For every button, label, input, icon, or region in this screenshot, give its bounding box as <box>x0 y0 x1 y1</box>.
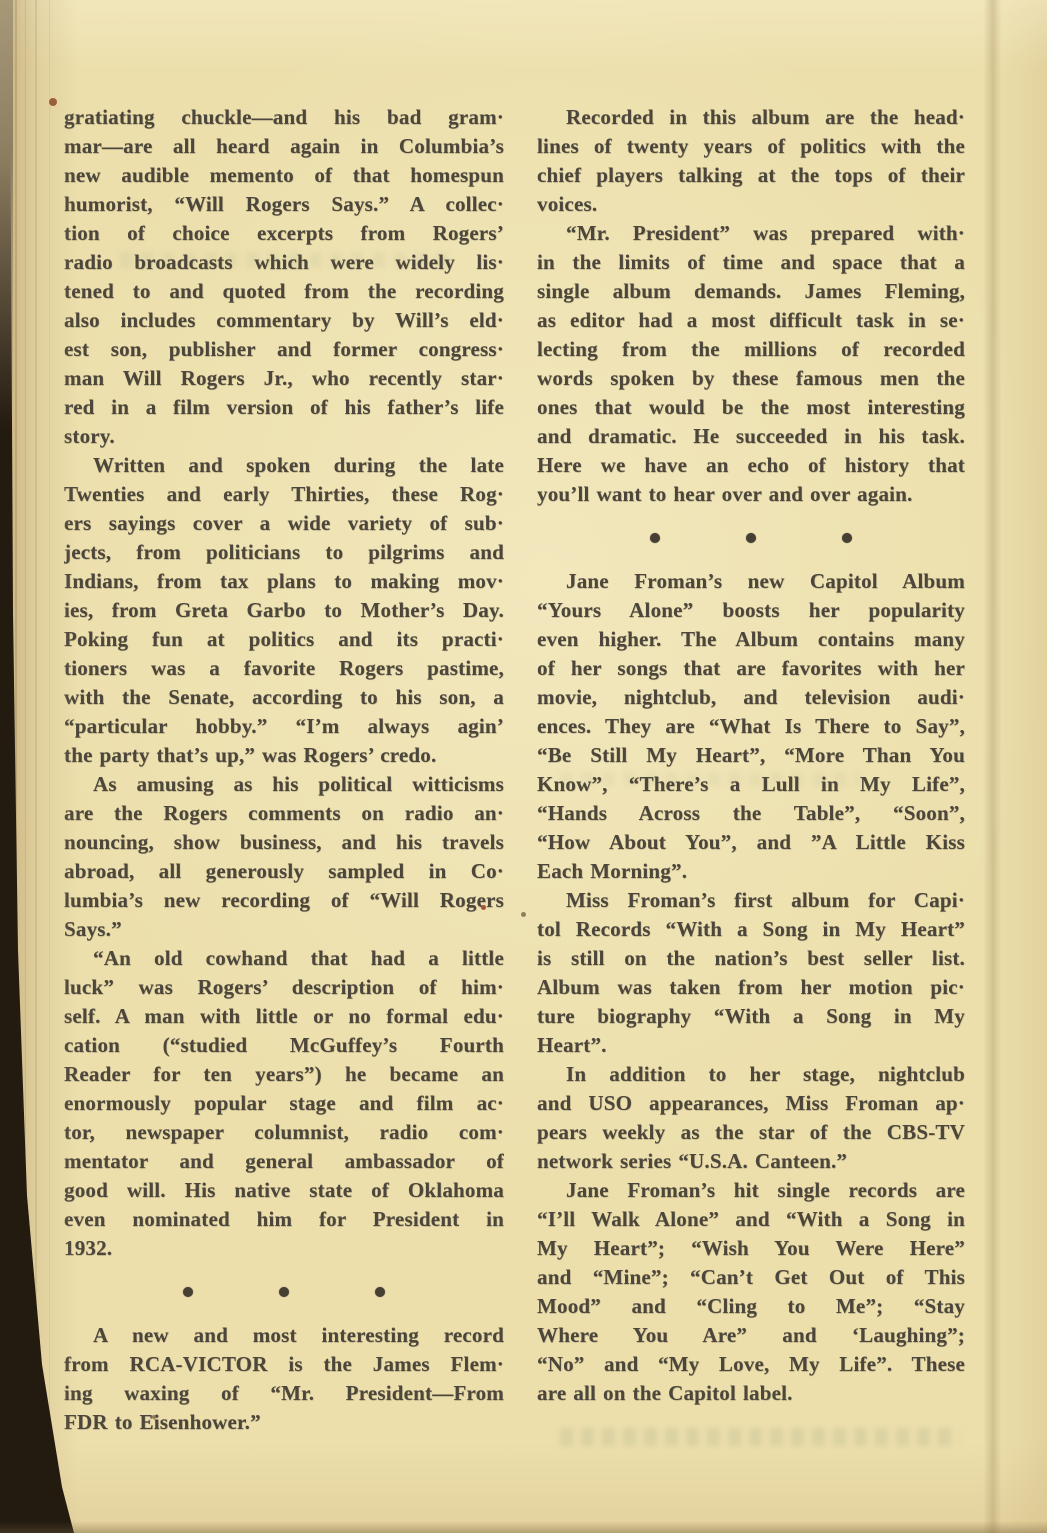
paragraph: Miss Froman’s first album for Capi·tol R… <box>537 886 965 1060</box>
separator-dot <box>746 533 756 543</box>
separator-dot <box>842 533 852 543</box>
section-separator <box>64 1263 504 1321</box>
text-line: chief players talking at the tops of the… <box>537 161 965 190</box>
text-line: Where You Are” and ‘Laughing”; <box>537 1321 965 1350</box>
text-line: “How About You”, and ”A Little Kiss <box>537 828 965 857</box>
text-line: humorist, “Will Rogers Says.” A collec· <box>64 190 504 219</box>
paragraph: “Mr. President” was prepared with·in the… <box>537 219 965 509</box>
text-line: ers sayings cover a wide variety of sub· <box>64 509 504 538</box>
text-line: tened to and quoted from the recording <box>64 277 504 306</box>
paragraph: In addition to her stage, nightcluband U… <box>537 1060 965 1176</box>
text-line: and USO appearances, Miss Froman ap· <box>537 1089 965 1118</box>
paper-speck <box>49 98 57 106</box>
text-line: “An old cowhand that had a little <box>64 944 504 973</box>
text-line: lines of twenty years of politics with t… <box>537 132 965 161</box>
text-line: are all on the Capitol label. <box>537 1379 965 1408</box>
paragraph: Jane Froman’s new Capitol Album“Yours Al… <box>537 567 965 886</box>
text-line: man Will Rogers Jr., who recently star· <box>64 364 504 393</box>
text-line: enormously popular stage and film ac· <box>64 1089 504 1118</box>
bleed-through-smudge <box>560 1428 960 1446</box>
text-line: Reader for ten years”) he became an <box>64 1060 504 1089</box>
text-line: cation (“studied McGuffey’s Fourth <box>64 1031 504 1060</box>
text-line: Jane Froman’s hit single records are <box>537 1176 965 1205</box>
text-line: from RCA-VICTOR is the James Flem· <box>64 1350 504 1379</box>
paper-speck <box>481 905 486 910</box>
text-line: of her songs that are favorites with her <box>537 654 965 683</box>
paragraph: As amusing as his political witticismsar… <box>64 770 504 944</box>
section-separator <box>537 509 965 567</box>
text-line: abroad, all generously sampled in Co· <box>64 857 504 886</box>
text-line: radio broadcasts which were widely lis· <box>64 248 504 277</box>
text-line: lumbia’s new recording of “Will Rogers <box>64 886 504 915</box>
text-line: ture biography “With a Song in My <box>537 1002 965 1031</box>
text-line: good will. His native state of Oklahoma <box>64 1176 504 1205</box>
text-line: also includes commentary by Will’s eld· <box>64 306 504 335</box>
bottom-edge-shadow <box>0 1521 1047 1533</box>
text-line: words spoken by these famous men the <box>537 364 965 393</box>
text-line: Album was taken from her motion pic· <box>537 973 965 1002</box>
text-line: Recorded in this album are the head· <box>537 103 965 132</box>
text-line: Twenties and early Thirties, these Rog· <box>64 480 504 509</box>
paragraph: “An old cowhand that had a littleluck” w… <box>64 944 504 1263</box>
text-line: and dramatic. He succeeded in his task. <box>537 422 965 451</box>
text-line: you’ll want to hear over and over again. <box>537 480 965 509</box>
text-line: tor, newspaper columnist, radio com· <box>64 1118 504 1147</box>
text-line: “Yours Alone” boosts her popularity <box>537 596 965 625</box>
text-line: lecting from the millions of recorded <box>537 335 965 364</box>
text-line: the party that’s up,” was Rogers’ credo. <box>64 741 504 770</box>
separator-dot <box>183 1287 193 1297</box>
text-line: FDR to Eisenhower.” <box>64 1408 504 1437</box>
text-line: “No” and “My Love, My Life”. These <box>537 1350 965 1379</box>
text-line: ing waxing of “Mr. President—From <box>64 1379 504 1408</box>
text-line: Written and spoken during the late <box>64 451 504 480</box>
text-line: luck” was Rogers’ description of him· <box>64 973 504 1002</box>
text-line: is still on the nation’s best seller lis… <box>537 944 965 973</box>
text-line: mar—are all heard again in Columbia’s <box>64 132 504 161</box>
text-line: In addition to her stage, nightclub <box>537 1060 965 1089</box>
text-line: “Be Still My Heart”, “More Than You <box>537 741 965 770</box>
paragraph: Recorded in this album are the head·line… <box>537 103 965 219</box>
paragraph: Jane Froman’s hit single records are“I’l… <box>537 1176 965 1408</box>
paper-speck <box>521 912 526 917</box>
text-line: Mood” and “Cling to Me”; “Stay <box>537 1292 965 1321</box>
text-line: red in a film version of his father’s li… <box>64 393 504 422</box>
text-line: self. A man with little or no formal edu… <box>64 1002 504 1031</box>
text-line: with the Senate, according to his son, a <box>64 683 504 712</box>
text-line: pears weekly as the star of the CBS-TV <box>537 1118 965 1147</box>
text-line: Know”, “There’s a Lull in My Life”, <box>537 770 965 799</box>
left-text-column: gratiating chuckle—and his bad gram·mar—… <box>64 103 504 1437</box>
text-line: network series “U.S.A. Canteen.” <box>537 1147 965 1176</box>
separator-dot <box>375 1287 385 1297</box>
text-line: “Mr. President” was prepared with· <box>537 219 965 248</box>
text-line: voices. <box>537 190 965 219</box>
text-line: Says.” <box>64 915 504 944</box>
text-line: tion of choice excerpts from Rogers’ <box>64 219 504 248</box>
text-line: nouncing, show business, and his travels <box>64 828 504 857</box>
text-line: Poking fun at politics and its practi· <box>64 625 504 654</box>
text-line: 1932. <box>64 1234 504 1263</box>
text-line: movie, nightclub, and television audi· <box>537 683 965 712</box>
text-line: Here we have an echo of history that <box>537 451 965 480</box>
text-line: “particular hobby.” “I’m always agin’ <box>64 712 504 741</box>
text-line: Indians, from tax plans to making mov· <box>64 567 504 596</box>
text-line: and “Mine”; “Can’t Get Out of This <box>537 1263 965 1292</box>
paper-speck <box>152 1415 156 1419</box>
text-line: My Heart”; “Wish You Were Here” <box>537 1234 965 1263</box>
text-line: tol Records “With a Song in My Heart” <box>537 915 965 944</box>
page-edge-top <box>0 0 13 430</box>
right-text-column: Recorded in this album are the head·line… <box>537 103 965 1408</box>
paragraph: Written and spoken during the lateTwenti… <box>64 451 504 770</box>
text-line: even nominated him for President in <box>64 1205 504 1234</box>
separator-dot <box>650 533 660 543</box>
text-line: As amusing as his political witticisms <box>64 770 504 799</box>
text-line: “Hands Across the Table”, “Soon”, <box>537 799 965 828</box>
text-line: tioners was a favorite Rogers pastime, <box>64 654 504 683</box>
text-line: “I’ll Walk Alone” and “With a Song in <box>537 1205 965 1234</box>
text-line: ences. They are “What Is There to Say”, <box>537 712 965 741</box>
text-line: in the limits of time and space that a <box>537 248 965 277</box>
paragraph: gratiating chuckle—and his bad gram·mar—… <box>64 103 504 451</box>
text-line: as editor had a most difficult task in s… <box>537 306 965 335</box>
text-line: Jane Froman’s new Capitol Album <box>537 567 965 596</box>
text-line: are the Rogers comments on radio an· <box>64 799 504 828</box>
text-line: Miss Froman’s first album for Capi· <box>537 886 965 915</box>
text-line: est son, publisher and former congress· <box>64 335 504 364</box>
text-line: even higher. The Album contains many <box>537 625 965 654</box>
text-line: ones that would be the most interesting <box>537 393 965 422</box>
text-line: Heart”. <box>537 1031 965 1060</box>
text-line: A new and most interesting record <box>64 1321 504 1350</box>
text-line: Each Morning”. <box>537 857 965 886</box>
text-line: new audible memento of that homespun <box>64 161 504 190</box>
text-line: single album demands. James Fleming, <box>537 277 965 306</box>
paragraph: A new and most interesting recordfrom RC… <box>64 1321 504 1437</box>
text-line: jects, from politicians to pilgrims and <box>64 538 504 567</box>
text-line: story. <box>64 422 504 451</box>
separator-dot <box>279 1287 289 1297</box>
magazine-page-scan: gratiating chuckle—and his bad gram·mar—… <box>0 0 1047 1533</box>
text-line: ies, from Greta Garbo to Mother’s Day. <box>64 596 504 625</box>
text-line: gratiating chuckle—and his bad gram· <box>64 103 504 132</box>
right-fold-crease <box>983 0 1005 1533</box>
text-line: mentator and general ambassador of <box>64 1147 504 1176</box>
